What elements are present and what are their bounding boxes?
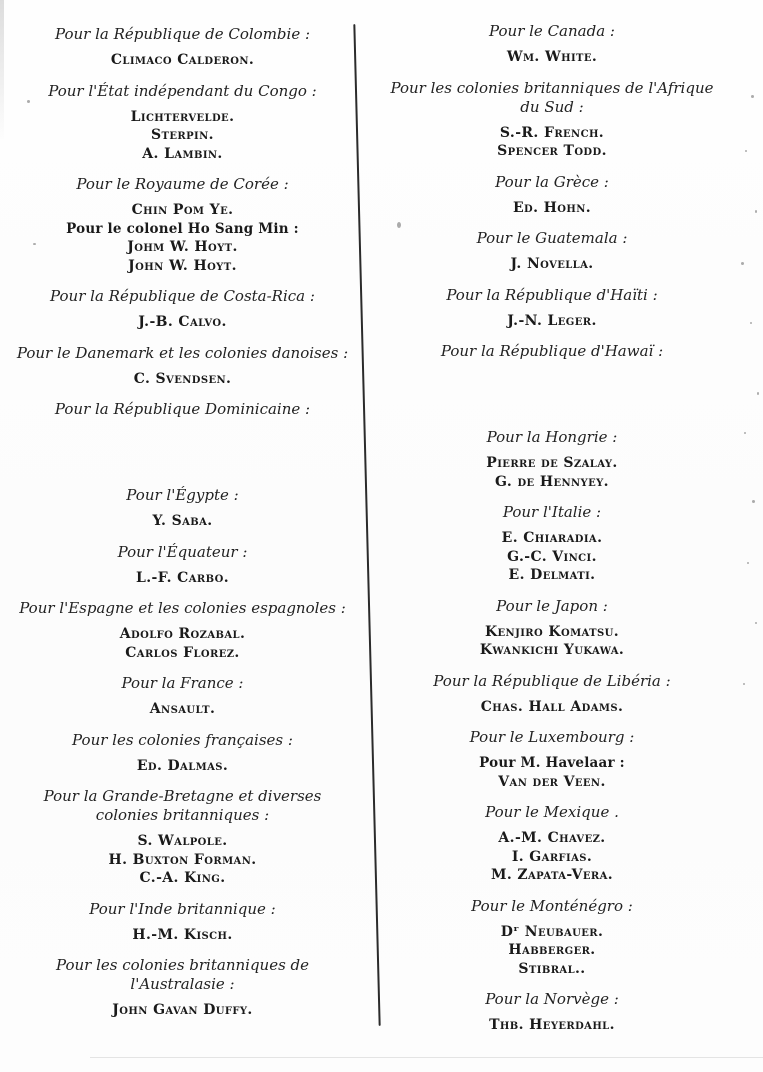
- signatory-name: Chin Pom Ye.: [15, 201, 350, 220]
- signatory-name: J.-N. Leger.: [386, 312, 718, 331]
- signatory-name: Wm. White.: [386, 48, 718, 67]
- scan-speckle: [744, 432, 746, 434]
- signatory-name: Ansault.: [15, 700, 350, 719]
- signatory-name: Pierre de Szalay.: [386, 454, 718, 473]
- country-heading: Pour l'Équateur :: [15, 543, 350, 562]
- country-heading: Pour l'Espagne et les colonies espagnole…: [15, 599, 350, 618]
- signatory-name: A. Lambin.: [15, 145, 350, 164]
- signatory-name: H.-M. Kisch.: [15, 926, 350, 945]
- scan-speckle: [751, 95, 754, 98]
- signatory-name: Adolfo Rozabal.: [15, 625, 350, 644]
- signatory-name: Chas. Hall Adams.: [386, 698, 718, 717]
- country-heading: Pour le Monténégro :: [386, 897, 718, 916]
- signatory-name: H. Buxton Forman.: [15, 851, 350, 870]
- signatory-name: Habberger.: [386, 941, 718, 960]
- blank-gap: [386, 368, 718, 416]
- scanned-document-page: Pour la République de Colombie :Climaco …: [0, 0, 763, 1072]
- delegation-note: Pour le colonel Ho Sang Min :: [15, 220, 350, 239]
- signatory-name: Lichtervelde.: [15, 108, 350, 127]
- signatory-name: C. Svendsen.: [15, 370, 350, 389]
- country-heading: Pour le Japon :: [386, 597, 718, 616]
- signatory-name: Dʳ Neubauer.: [386, 923, 718, 942]
- scan-speckle: [741, 262, 744, 265]
- signatory-name: Johm W. Hoyt.: [15, 238, 350, 257]
- country-heading: Pour le Royaume de Corée :: [15, 175, 350, 194]
- country-heading: Pour le Mexique .: [386, 803, 718, 822]
- signatory-name: Carlos Florez.: [15, 644, 350, 663]
- signatory-name: Y. Saba.: [15, 512, 350, 531]
- signatory-name: Ed. Dalmas.: [15, 757, 350, 776]
- signatures-column-right: Pour le Canada :Wm. White.Pour les colon…: [386, 10, 718, 1035]
- country-heading: Pour la Grande-Bretagne et diverses colo…: [15, 787, 350, 825]
- scan-speckle: [745, 150, 747, 152]
- country-heading: Pour le Luxembourg :: [386, 728, 718, 747]
- country-heading: Pour la République d'Hawaï :: [386, 342, 718, 361]
- signatory-name: John W. Hoyt.: [15, 257, 350, 276]
- signatory-name: Spencer Todd.: [386, 142, 718, 161]
- country-heading: Pour l'Égypte :: [15, 486, 350, 505]
- signatory-name: Van der Veen.: [386, 773, 718, 792]
- country-heading: Pour l'Italie :: [386, 503, 718, 522]
- signatory-name: Stibral..: [386, 960, 718, 979]
- signatory-name: J. Novella.: [386, 255, 718, 274]
- signatory-name: C.-A. King.: [15, 869, 350, 888]
- country-heading: Pour la République de Colombie :: [15, 25, 350, 44]
- country-heading: Pour la République d'Haïti :: [386, 286, 718, 305]
- country-heading: Pour les colonies françaises :: [15, 731, 350, 750]
- country-heading: Pour le Danemark et les colonies danoise…: [15, 344, 350, 363]
- scan-speckle: [33, 243, 36, 245]
- signatory-name: S.-R. French.: [386, 124, 718, 143]
- country-heading: Pour la France :: [15, 674, 350, 693]
- signatory-name: M. Zapata-Vera.: [386, 866, 718, 885]
- signatory-name: Climaco Calderon.: [15, 51, 350, 70]
- column-divider-rule: [353, 24, 380, 1026]
- signatory-name: I. Garfias.: [386, 848, 718, 867]
- scan-speckle: [743, 683, 745, 685]
- signatory-name: G.-C. Vinci.: [386, 548, 718, 567]
- scan-speckle: [757, 392, 759, 395]
- delegation-note: Pour M. Havelaar :: [386, 754, 718, 773]
- country-heading: Pour la République Dominicaine :: [15, 400, 350, 419]
- country-heading: Pour la Hongrie :: [386, 428, 718, 447]
- country-heading: Pour l'État indépendant du Congo :: [15, 82, 350, 101]
- scan-speckle: [747, 562, 749, 564]
- signatory-name: John Gavan Duffy.: [15, 1001, 350, 1020]
- scan-speckle: [750, 322, 752, 324]
- signatory-name: J.-B. Calvo.: [15, 313, 350, 332]
- signatory-name: L.-F. Carbo.: [15, 569, 350, 588]
- country-heading: Pour les colonies britanniques de l'Afri…: [386, 79, 718, 117]
- country-heading: Pour la République de Libéria :: [386, 672, 718, 691]
- country-heading: Pour l'Inde britannique :: [15, 900, 350, 919]
- scan-speckle: [755, 622, 757, 624]
- scan-edge-shadow: [0, 0, 4, 140]
- signatory-name: Kenjiro Komatsu.: [386, 623, 718, 642]
- signatory-name: Kwankichi Yukawa.: [386, 641, 718, 660]
- country-heading: Pour la Grèce :: [386, 173, 718, 192]
- country-heading: Pour les colonies britanniques de l'Aust…: [15, 956, 350, 994]
- country-heading: Pour la Norvège :: [386, 990, 718, 1009]
- signatory-name: S. Walpole.: [15, 832, 350, 851]
- signatory-name: E. Delmati.: [386, 566, 718, 585]
- country-heading: Pour la République de Costa-Rica :: [15, 287, 350, 306]
- scan-speckle: [27, 100, 30, 103]
- signatory-name: Thb. Heyerdahl.: [386, 1016, 718, 1035]
- signatory-name: E. Chiaradia.: [386, 529, 718, 548]
- country-heading: Pour le Guatemala :: [386, 229, 718, 248]
- scan-speckle: [397, 222, 401, 228]
- signatory-name: Ed. Hohn.: [386, 199, 718, 218]
- signatory-name: Sterpin.: [15, 126, 350, 145]
- signatures-column-left: Pour la République de Colombie :Climaco …: [15, 13, 350, 1020]
- blank-gap: [15, 426, 350, 474]
- scan-speckle: [752, 500, 755, 503]
- scan-speckle: [755, 210, 757, 213]
- signatory-name: A.-M. Chavez.: [386, 829, 718, 848]
- signatory-name: G. de Hennyey.: [386, 473, 718, 492]
- country-heading: Pour le Canada :: [386, 22, 718, 41]
- scan-bottom-rule: [90, 1057, 763, 1058]
